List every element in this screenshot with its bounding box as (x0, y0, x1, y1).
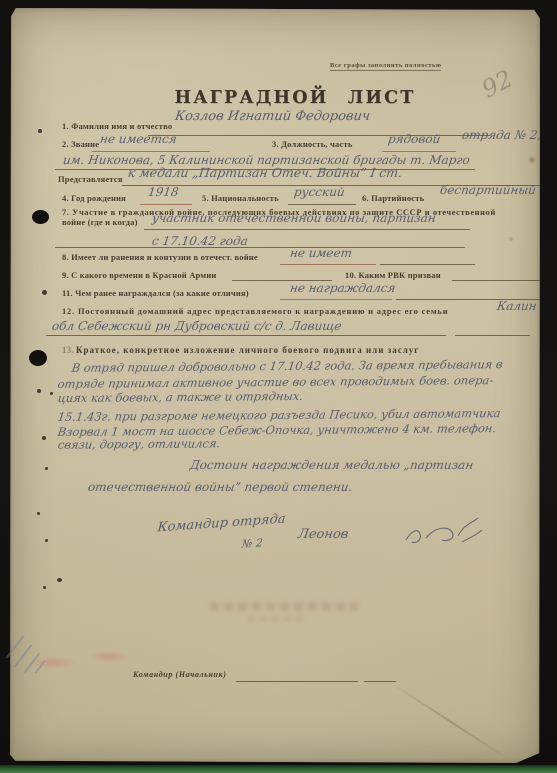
paper-speck (37, 389, 41, 393)
paper-speck (57, 578, 62, 582)
deed-section-number: 13. (62, 345, 74, 355)
form-rule (144, 229, 470, 230)
birth-year-label: 4. Год рождения (62, 193, 126, 203)
footer-rule (236, 681, 358, 682)
prior-awards-label: 11. Чем ранее награждался (за какие отли… (62, 288, 249, 298)
paper-speck (45, 467, 48, 470)
scanned-award-sheet: Все графы заполнить полностью 92 НАГРАДН… (0, 0, 557, 773)
party-value: беспартийный (439, 183, 537, 197)
home-address-label: 12. Постоянный домашний адрес представля… (62, 306, 448, 316)
party-label: 6. Партийность (362, 193, 424, 203)
conclusion-line2: отечественной войны” первой степени. (87, 480, 353, 494)
fill-all-fields-note: Все графы заполнить полностью (330, 62, 441, 71)
rvk-label: 10. Каким РВК призван (345, 270, 441, 280)
participation-value-line1: участник отечественной войны, партизан (151, 211, 437, 225)
form-rule (55, 247, 465, 248)
document-title: НАГРАДНОЙ ЛИСТ (105, 88, 485, 108)
signature-flourish (402, 516, 484, 550)
rust-stain (528, 156, 536, 164)
deed-line: связи, дорогу, отличился. (57, 436, 221, 451)
deed-section-heading: Краткое, конкретное изложение личного бо… (76, 345, 419, 355)
commander-signature: Леонов (297, 527, 349, 542)
red-pencil-smudge (28, 656, 78, 669)
punch-hole (29, 350, 47, 366)
field-name-value: Козлов Игнатий Федорович (174, 109, 371, 124)
paper-crease (388, 680, 515, 763)
field-name-label: 1. Фамилия имя и отчество (62, 121, 172, 131)
field-position-value: рядовой (387, 132, 441, 146)
ink-bleed-smudge (210, 602, 358, 611)
underline-mark (280, 264, 376, 265)
paper-speck (37, 512, 40, 515)
prior-awards-value: не награждался (289, 281, 396, 295)
underline-mark (92, 151, 210, 152)
paper-speck (45, 539, 48, 542)
red-army-since-label: 9. С какого времени в Красной Армии (62, 270, 217, 280)
footer-commander-label: Командир (Начальник) (133, 670, 227, 679)
wounds-value: не имеет (289, 246, 353, 260)
scanner-edge-strip (0, 765, 557, 773)
paper-speck (50, 392, 53, 395)
ink-bleed-smudge (248, 616, 308, 622)
paper-speck (43, 586, 46, 589)
wounds-label: 8. Имеет ли ранения и контузии в отечест… (62, 252, 258, 262)
presented-for-label: Представляется (58, 174, 123, 184)
form-rule (380, 264, 475, 265)
underline-mark (280, 299, 392, 300)
presented-for-value: к медали „Партизан Отеч. Войны” I ст. (127, 165, 403, 180)
field-position-label: 3. Должность, часть (272, 139, 353, 149)
home-address-value-line2: обл Себежский рн Дубровский с/с д. Лавищ… (51, 319, 342, 333)
paper-speck (42, 436, 46, 440)
nationality-label: 5. Национальность (202, 193, 279, 203)
commander-unit: № 2 (241, 536, 263, 550)
underline-mark (382, 151, 456, 152)
paper-speck (42, 290, 47, 295)
form-rule (452, 280, 540, 281)
field-position-value-cont: отряда № 2, (461, 128, 542, 142)
punch-hole (32, 210, 49, 224)
home-address-value-line1: Калин (496, 299, 538, 313)
form-rule (455, 335, 530, 336)
birth-year-value: 1918 (147, 185, 180, 199)
red-pencil-smudge (88, 650, 130, 663)
underline-mark (140, 204, 192, 205)
deed-line: В отряд пришел добровольно с 17.10.42 го… (71, 357, 504, 375)
nationality-value: русский (293, 185, 346, 199)
paper-speck (38, 129, 42, 133)
commander-title: Командир отряда (157, 512, 286, 536)
deed-line: циях как боевых, а также и отрядных. (57, 389, 304, 405)
form-rule (288, 204, 356, 205)
form-rule (46, 335, 446, 336)
rust-stain (508, 236, 514, 242)
field-rank-value: не имеется (99, 132, 178, 146)
participation-label-line2: войне (где и когда) (62, 217, 138, 227)
participation-value-line2: с 17.10.42 года (151, 234, 249, 248)
field-rank-label: 2. Звание (62, 139, 99, 149)
conclusion-line1: Достоин награждения медалью „партизан (189, 458, 474, 472)
